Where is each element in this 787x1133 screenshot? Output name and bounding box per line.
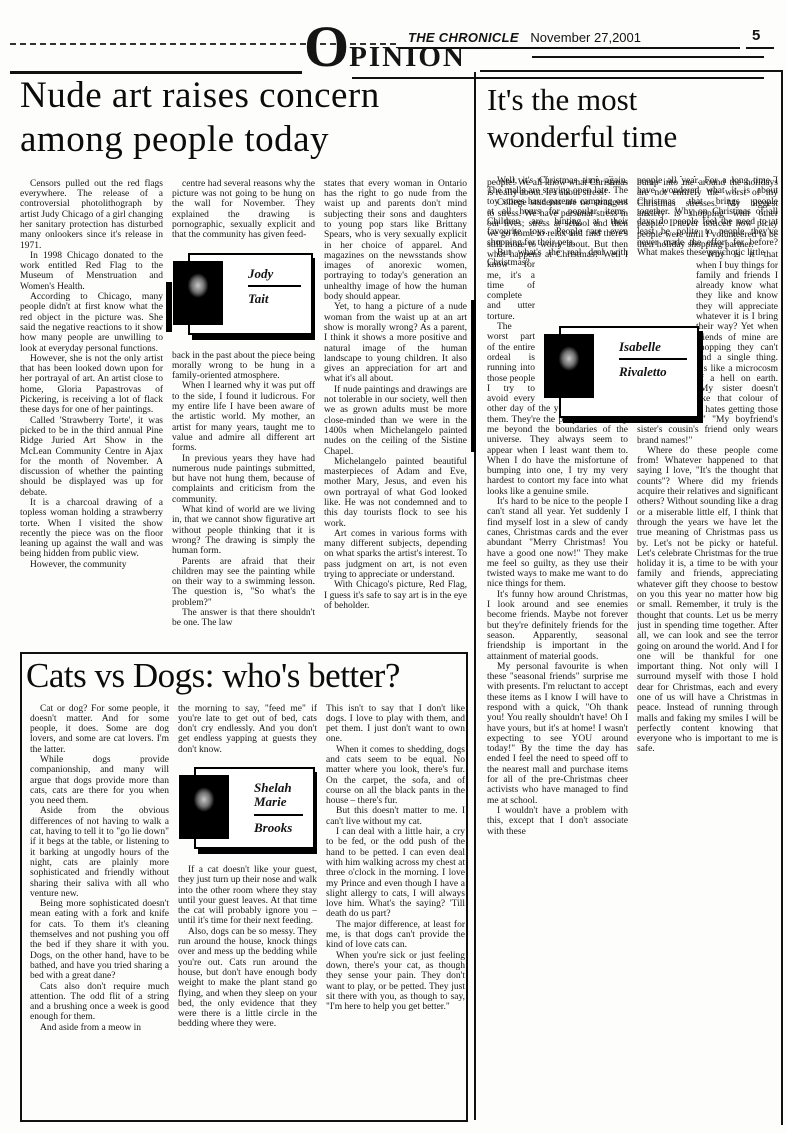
article-column-3: This isn't to say that I don't like dogs… [326, 704, 465, 1112]
text-segment: Is it all about lights, Santa, love and … [487, 176, 628, 198]
newspaper-page: THE CHRONICLE November 27,2001 5 OPINION… [0, 0, 787, 1133]
paragraph: Cat or dog? For some people, it doesn't … [30, 704, 169, 755]
article-body: Well, it's Christmas time again. The mal… [487, 176, 780, 1116]
article-body: Cat or dog? For some people, it doesn't … [22, 696, 466, 1112]
author-photo [173, 261, 223, 325]
paragraph: Is it all about lights, Santa, love and … [487, 176, 628, 198]
paragraph: My personal favourite is when these "sea… [487, 662, 628, 806]
author-photo [544, 334, 594, 398]
article-nude-art: Nude art raises concern among people tod… [20, 74, 468, 665]
paragraph: Yet, to hang a picture of a nude woman f… [324, 302, 467, 384]
column-divider [474, 72, 476, 1120]
text-segment: the morning to say, "feed me" if you're … [178, 704, 317, 755]
author-last-name: Brooks [254, 821, 303, 835]
author-photo [179, 775, 229, 839]
headline-line-1: It's the most [487, 82, 779, 119]
section-name: PINION [349, 41, 466, 73]
article-headline: Cats vs Dogs: who's better? [22, 654, 466, 696]
article-headline: Nude art raises concern among people tod… [20, 74, 468, 163]
article-column-1: Well, it's Christmas time again. The mal… [487, 176, 628, 837]
paragraph: The answer is that there shouldn't be on… [172, 608, 315, 629]
paragraph: This isn't to say that I don't like dogs… [326, 704, 465, 745]
article-columns: Well, it's Christmas time again. The mal… [487, 176, 780, 837]
paragraph: According to Chicago, many people didn't… [20, 292, 163, 354]
paragraph: And aside from a meow in [30, 1023, 169, 1033]
paragraph: With Chicago's picture, Red Flag, I gues… [324, 580, 467, 611]
author-name: Isabelle Rivaletto [619, 340, 687, 380]
paragraph: In 1998 Chicago donated to the work enti… [20, 251, 163, 292]
paragraph: While dogs provide companionship, and ma… [30, 755, 169, 806]
issue-date: November 27,2001 [530, 30, 641, 45]
author-last-name: Tait [248, 292, 301, 306]
paragraph: back in the past about the piece being m… [172, 351, 315, 382]
byline-card: Jody Tait [172, 253, 315, 343]
paragraph: Aside from the obvious differences of no… [30, 806, 169, 899]
author-last-name: Rivaletto [619, 365, 687, 379]
byline-rule [248, 285, 301, 287]
paragraph: It's funny how around Christmas, I look … [487, 590, 628, 662]
text-segment: This isn't to say that I don't like dogs… [326, 704, 465, 1013]
paragraph: Michelangelo painted beautiful masterpie… [324, 457, 467, 529]
paragraph: It is a charcoal drawing of a topless wo… [20, 498, 163, 560]
text-segment: centre had several reasons why the pictu… [172, 179, 315, 241]
paragraph: Censors pulled out the red flags everywh… [20, 179, 163, 251]
paragraph: However, the community [20, 560, 163, 570]
paragraph: centre had several reasons why the pictu… [172, 179, 315, 241]
paragraph: Called 'Strawberry Torte', it was picked… [20, 416, 163, 498]
paragraph: But the people who conveniently bump int… [637, 176, 778, 250]
byline-card: Shelah Marie Brooks [178, 767, 317, 857]
paragraph: In previous years they have had numerous… [172, 454, 315, 505]
article-body: Censors pulled out the red flags everywh… [20, 179, 468, 665]
paragraph: Also, dogs can be so messy. They run aro… [178, 927, 317, 1030]
paragraph: Parents are afraid that their children m… [172, 557, 315, 608]
paragraph: The major difference, at least for me, i… [326, 920, 465, 951]
byline-rule [254, 814, 303, 816]
paragraph: What kind of world are we living in, tha… [172, 505, 315, 556]
author-name: Shelah Marie Brooks [254, 781, 303, 835]
text-segment: Cat or dog? For some people, it doesn't … [30, 704, 169, 1034]
paragraph: When I learned why it was put off to the… [172, 381, 315, 453]
article-column-3: states that every woman in Ontario has t… [324, 179, 467, 665]
paragraph: It's hard to be nice to the people I can… [487, 497, 628, 590]
paragraph: Art comes in various forms with many dif… [324, 529, 467, 580]
paragraph: When you're sick or just feeling down, t… [326, 951, 465, 1013]
paragraph: I can deal with a little hair, a cry to … [326, 827, 465, 920]
paragraph: I wouldn't have a problem with this, exc… [487, 806, 628, 837]
paragraph: the morning to say, "feed me" if you're … [178, 704, 317, 755]
author-first-name: Jody [248, 267, 301, 281]
page-number: 5 [752, 27, 760, 44]
author-first-name: Shelah Marie [254, 781, 303, 810]
article-column-2: the morning to say, "feed me" if you're … [178, 704, 317, 1112]
article-wonderful-time: It's the most wonderful time [487, 82, 779, 155]
paragraph: Where do these people come from! Whateve… [637, 446, 778, 755]
section-initial: O [304, 14, 349, 79]
paragraph: However, she is not the only artist that… [20, 354, 163, 416]
paragraph: states that every woman in Ontario has t… [324, 179, 467, 303]
paragraph: If a cat doesn't like your guest, they j… [178, 865, 317, 927]
article-column-1: Cat or dog? For some people, it doesn't … [30, 704, 169, 1112]
byline-rule [619, 358, 687, 360]
paragraph: If nude paintings and drawings are not t… [324, 385, 467, 457]
column-divider-thick-segment [471, 300, 476, 452]
author-name: Jody Tait [248, 267, 301, 307]
article-headline: It's the most wonderful time [487, 82, 779, 155]
text-segment: If a cat doesn't like your guest, they j… [178, 865, 317, 1030]
text-segment: Censors pulled out the red flags everywh… [20, 179, 163, 570]
article-column-2: people all year. For a long time I have … [637, 176, 778, 837]
article-cats-vs-dogs: Cats vs Dogs: who's better? Cat or dog? … [20, 652, 468, 1122]
paragraph: Cats also don't require much attention. … [30, 982, 169, 1023]
article-column-1: Censors pulled out the red flags everywh… [20, 179, 163, 665]
paragraph: When it comes to shedding, dogs and cats… [326, 745, 465, 807]
section-title: OPINION [304, 18, 466, 76]
byline-card: Isabelle Rivaletto [543, 326, 701, 426]
author-first-name: Isabelle [619, 340, 687, 354]
headline-line-2: wonderful time [487, 119, 779, 156]
article-column-2: centre had several reasons why the pictu… [172, 179, 315, 665]
paragraph: Being more sophisticated doesn't mean ea… [30, 899, 169, 981]
page-number-underline [746, 47, 774, 49]
paragraph: But this doesn't matter to me. I can't l… [326, 806, 465, 827]
text-segment: states that every woman in Ontario has t… [324, 179, 467, 611]
text-segment: back in the past about the piece being m… [172, 351, 315, 629]
section-rule-upper-right [532, 56, 764, 58]
